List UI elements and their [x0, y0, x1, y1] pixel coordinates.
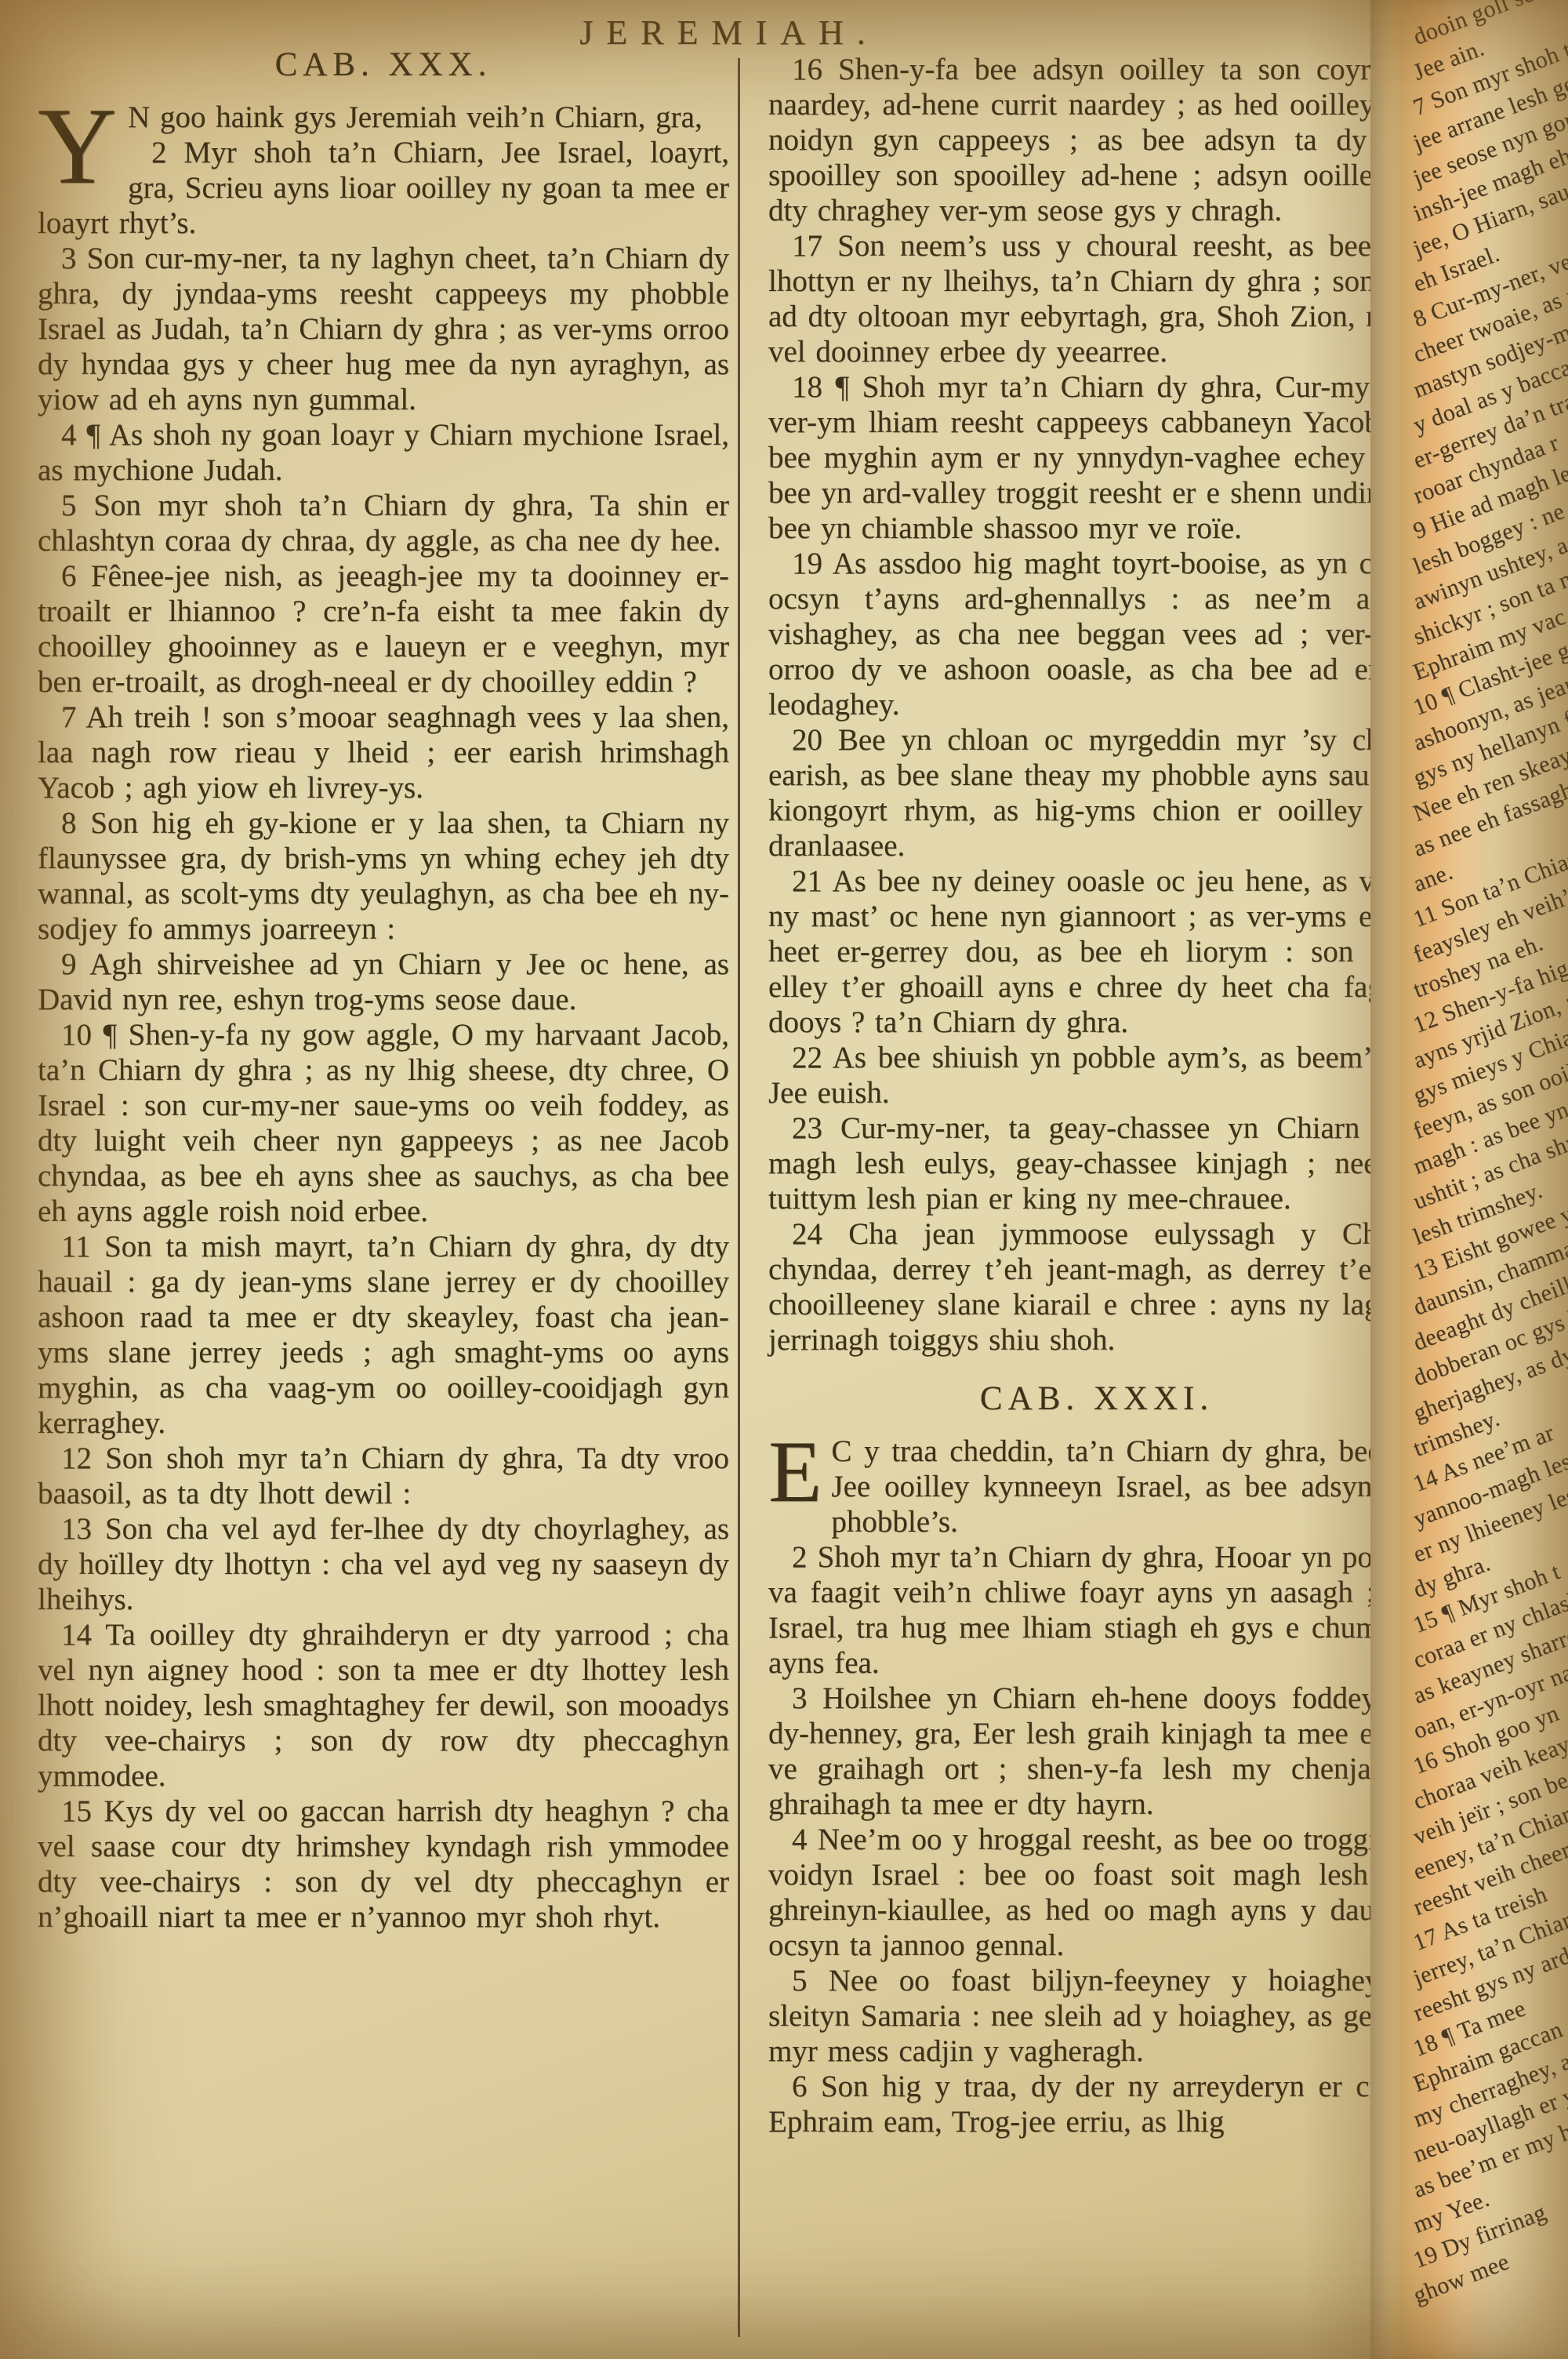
verse: 11 Son ta mish mayrt, ta’n Chiarn dy ghr…	[38, 1229, 729, 1441]
next-page-edge-text: dooin goll seose gJee ain.7 Son myr shoh…	[1414, 20, 1568, 2314]
verse: 9 Agh shirveishee ad yn Chiarn y Jee oc …	[38, 947, 729, 1017]
verse: 10 ¶ Shen-y-fa ny gow aggle, O my harvaa…	[38, 1017, 729, 1229]
drop-cap-e: E	[768, 1434, 831, 1507]
verse: 2 Myr shoh ta’n Chiarn, Jee Israel, loay…	[38, 135, 729, 241]
column-divider	[738, 58, 740, 2337]
verse-30-1-text: N goo haink gys Jeremiah veih’n Chiarn, …	[128, 100, 702, 134]
verse: 8 Son hig eh gy-kione er y laa shen, ta …	[38, 805, 729, 947]
verse: 5 Son myr shoh ta’n Chiarn dy ghra, Ta s…	[38, 488, 729, 558]
verse: 12 Son shoh myr ta’n Chiarn dy ghra, Ta …	[38, 1441, 729, 1511]
verse: 3 Son cur-my-ner, ta ny laghyn cheet, ta…	[38, 241, 729, 417]
verse-30-1: YN goo haink gys Jeremiah veih’n Chiarn,…	[38, 100, 729, 135]
next-page-curled-edge: dooin goll seose gJee ain.7 Son myr shoh…	[1370, 0, 1568, 2359]
verse: 6 Fênee-jee nish, as jeeagh-jee my ta do…	[38, 558, 729, 700]
verse: 4 ¶ As shoh ny goan loayr y Chiarn mychi…	[38, 417, 729, 488]
drop-cap-y: Y	[38, 100, 128, 189]
verse: 13 Son cha vel ayd fer-lhee dy dty choyr…	[38, 1511, 729, 1617]
verse: 14 Ta ooilley dty ghraihderyn er dty yar…	[38, 1617, 729, 1794]
left-column: CAB. XXX. YN goo haink gys Jeremiah veih…	[38, 45, 729, 1935]
verse: 15 Kys dy vel oo gaccan harrish dty heag…	[38, 1794, 729, 1935]
book-page-photo: { "palette": { "paper": "#e3d7ad", "ink"…	[0, 0, 1568, 2359]
chapter-30-heading: CAB. XXX.	[38, 45, 729, 84]
verse: 7 Ah treih ! son s’mooar seaghnagh vees …	[38, 700, 729, 805]
chapter-30-verses-left: 2 Myr shoh ta’n Chiarn, Jee Israel, loay…	[38, 135, 729, 1935]
